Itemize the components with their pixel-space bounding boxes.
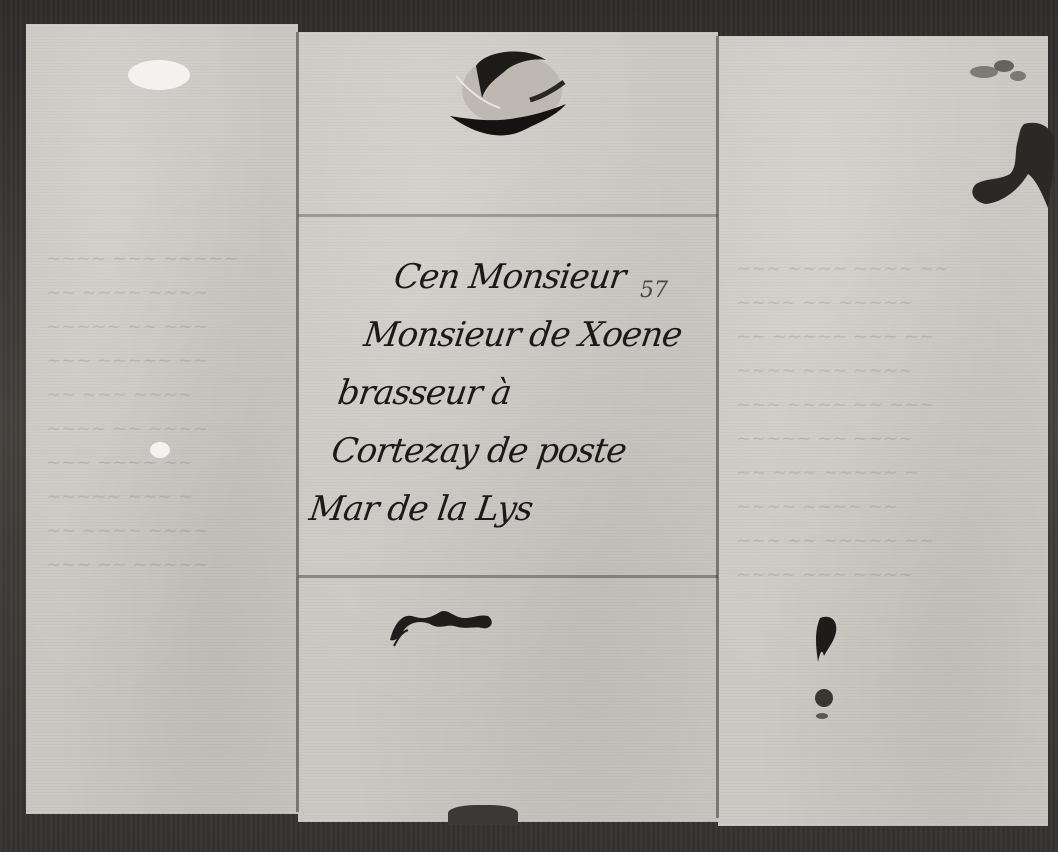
ink-drip-icon (808, 612, 848, 722)
address-line-1: Cen Monsieur (390, 248, 746, 306)
ink-smear-icon (384, 600, 498, 650)
fold-crease-left (296, 32, 299, 812)
paper-spot (150, 442, 170, 458)
address-line-4: Cortezay de poste (328, 422, 722, 480)
ink-stain-top-right-icon (960, 50, 1040, 90)
marginal-number: 57 (640, 278, 668, 303)
bleed-through-right: ~~~ ~~~~ ~~~~ ~~~~~~ ~~ ~~~~~~~ ~~~~~ ~~… (736, 252, 1036, 672)
torn-edge (448, 805, 518, 825)
ink-stain-right-edge-icon (964, 118, 1058, 218)
address-line-2: Monsieur de Xoene (360, 306, 738, 364)
fold-crease-bottom (298, 575, 718, 578)
address-line-3: brasseur à (334, 364, 730, 422)
address-block: Cen Monsieur Monsieur de Xoene brasseur … (306, 248, 747, 538)
address-line-5: Mar de la Lys (306, 480, 714, 538)
bleed-through-left: ~~~~ ~~~ ~~~~~~~ ~~~~ ~~~~~~~~~ ~~ ~~~~~… (46, 242, 286, 642)
wax-seal-icon (446, 46, 570, 142)
fold-crease-top (298, 214, 718, 217)
paper-hole (128, 60, 190, 90)
